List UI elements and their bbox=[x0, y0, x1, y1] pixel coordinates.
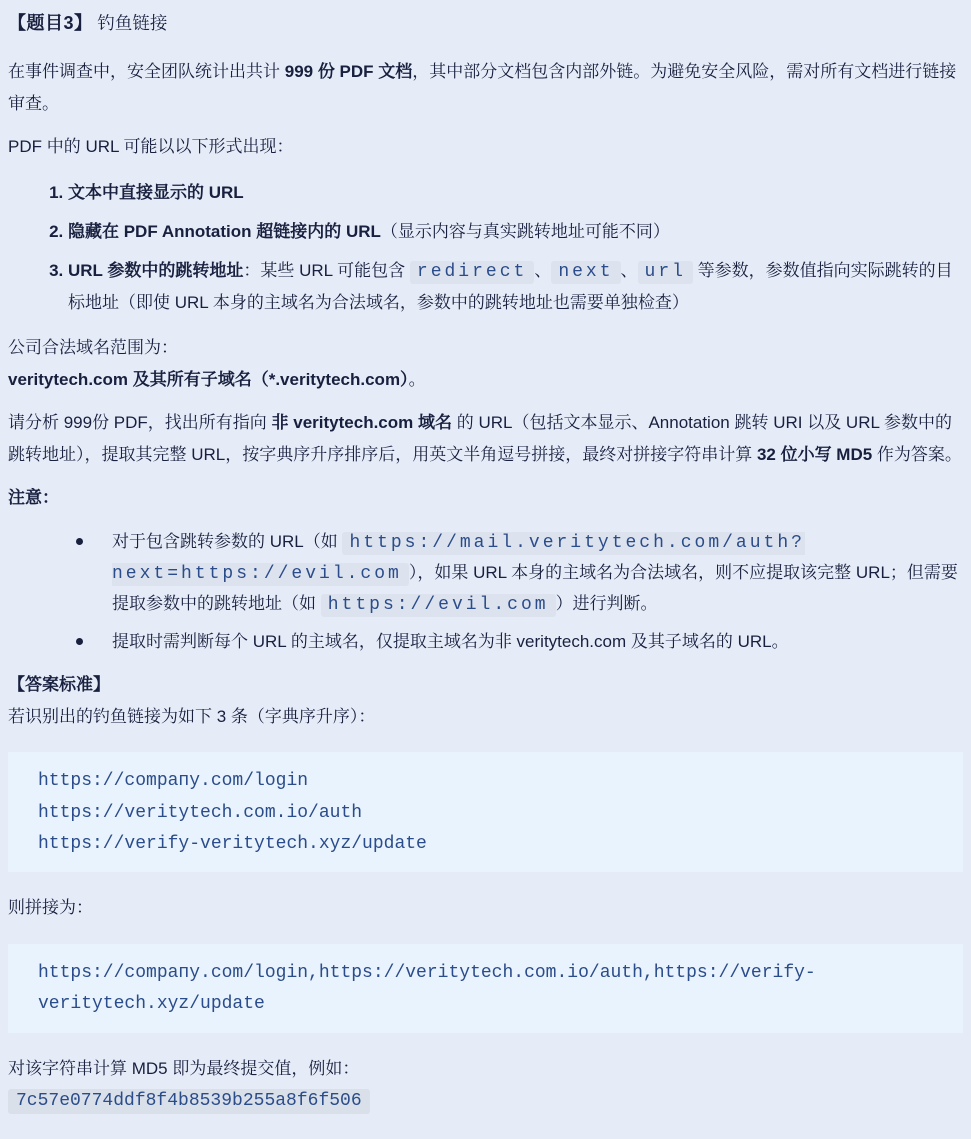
bold-text: 非 veritytech.com 域名 bbox=[272, 413, 452, 432]
text-segment: ：某些 URL 可能包含 bbox=[243, 261, 410, 280]
bold-text: URL 参数中的跳转地址 bbox=[68, 261, 243, 280]
list-item: 隐藏在 PDF Annotation 超链接内的 URL（显示内容与真实跳转地址… bbox=[68, 216, 963, 247]
domain-scope-paragraph: 公司合法域名范围为：veritytech.com 及其所有子域名（*.verit… bbox=[8, 332, 963, 395]
text-segment: ）进行判断。 bbox=[556, 594, 658, 613]
md5-paragraph: 对该字符串计算 MD5 即为最终提交值，例如：7c57e0774ddf8f4b8… bbox=[8, 1053, 963, 1116]
text-segment: 对该字符串计算 MD5 即为最终提交值，例如： bbox=[8, 1059, 359, 1078]
answer-standard-paragraph: 【答案标准】若识别出的钓鱼链接为如下 3 条（字典序升序）： bbox=[8, 669, 963, 732]
list-item: 文本中直接显示的 URL bbox=[68, 177, 963, 208]
inline-code: https://evil.com bbox=[321, 594, 556, 617]
bold-text: 隐藏在 PDF Annotation 超链接内的 URL bbox=[68, 222, 381, 241]
inline-code: url bbox=[638, 261, 693, 284]
text-segment: 、 bbox=[621, 261, 638, 280]
question-number: 【题目3】 bbox=[8, 13, 93, 33]
url-forms-list: 文本中直接显示的 URL 隐藏在 PDF Annotation 超链接内的 UR… bbox=[8, 177, 963, 319]
text-segment: 作为答案。 bbox=[872, 445, 962, 464]
phishing-url-list: https://compaпy.com/login https://verity… bbox=[38, 771, 427, 854]
bold-text: veritytech.com 及其所有子域名（*.veritytech.com） bbox=[8, 370, 409, 389]
joined-url-string: https://compaпy.com/login,https://verity… bbox=[38, 963, 816, 1014]
intro-paragraph: 在事件调查中，安全团队统计出共计 999 份 PDF 文档，其中部分文档包含内部… bbox=[8, 56, 963, 119]
notes-list: 对于包含跳转参数的 URL（如 https://mail.veritytech.… bbox=[8, 526, 963, 658]
question-document: 【题目3】 钓鱼链接 在事件调查中，安全团队统计出共计 999 份 PDF 文档… bbox=[8, 7, 963, 1116]
url-forms-intro: PDF 中的 URL 可能以以下形式出现： bbox=[8, 131, 963, 162]
question-name: 钓鱼链接 bbox=[97, 13, 167, 33]
list-item: URL 参数中的跳转地址：某些 URL 可能包含 redirect、next、u… bbox=[68, 255, 963, 318]
inline-code: next bbox=[551, 261, 620, 284]
text-segment: （显示内容与真实跳转地址可能不同） bbox=[381, 222, 670, 241]
page-title: 【题目3】 钓鱼链接 bbox=[8, 7, 963, 40]
task-paragraph: 请分析 999份 PDF，找出所有指向 非 veritytech.com 域名 … bbox=[8, 407, 963, 470]
bold-text: 【答案标准】 bbox=[8, 675, 110, 694]
text-segment: 在事件调查中，安全团队统计出共计 bbox=[8, 62, 285, 81]
text-segment: 公司合法域名范围为： bbox=[8, 338, 178, 357]
code-block-joined: https://compaпy.com/login,https://verity… bbox=[8, 944, 963, 1033]
concat-intro: 则拼接为： bbox=[8, 892, 963, 923]
text-segment: 。 bbox=[409, 370, 426, 389]
text-segment: 对于包含跳转参数的 URL（如 bbox=[112, 532, 342, 551]
inline-code: redirect bbox=[410, 261, 534, 284]
text-segment: 若识别出的钓鱼链接为如下 3 条（字典序升序）： bbox=[8, 707, 375, 726]
bold-text: 999 份 PDF 文档 bbox=[285, 62, 413, 81]
note-item: 提取时需判断每个 URL 的主域名，仅提取主域名为非 veritytech.co… bbox=[112, 626, 963, 657]
bold-text: 32 位小写 MD5 bbox=[757, 445, 872, 464]
text-segment: 请分析 999份 PDF，找出所有指向 bbox=[8, 413, 272, 432]
text-segment: 提取时需判断每个 URL 的主域名，仅提取主域名为非 veritytech.co… bbox=[112, 632, 789, 651]
note-item: 对于包含跳转参数的 URL（如 https://mail.veritytech.… bbox=[112, 526, 963, 620]
bold-text: 文本中直接显示的 URL bbox=[68, 183, 244, 202]
code-block-url-list: https://compaпy.com/login https://verity… bbox=[8, 752, 963, 872]
text-segment: 、 bbox=[534, 261, 551, 280]
inline-code: 7c57e0774ddf8f4b8539b255a8f6f506 bbox=[8, 1089, 370, 1114]
note-header: 注意： bbox=[8, 482, 963, 513]
